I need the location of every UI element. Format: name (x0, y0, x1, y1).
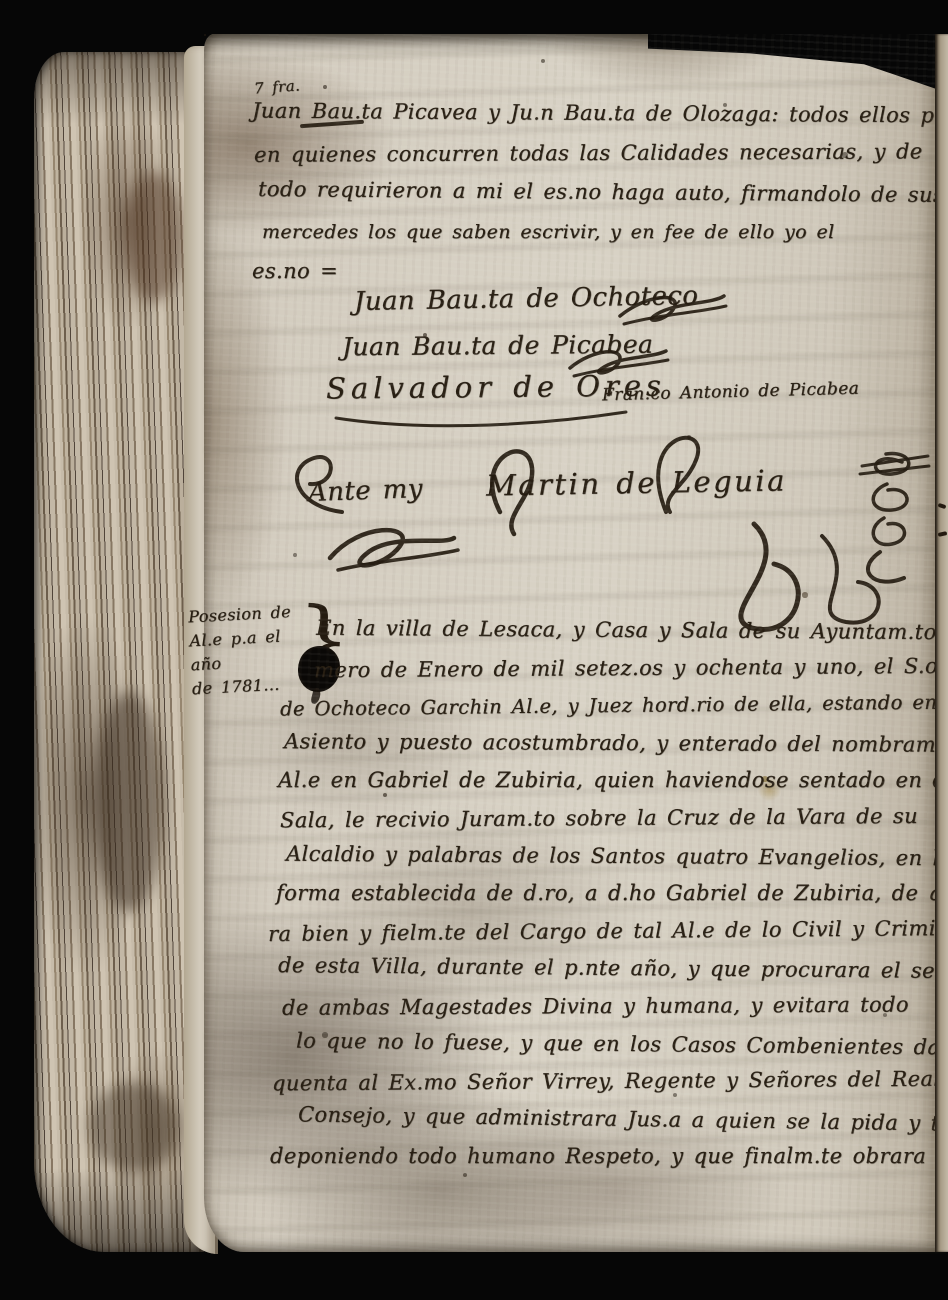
signature-rubric (612, 286, 732, 331)
manuscript-line: Sala, le recivio Juram.to sobre la Cruz … (280, 798, 948, 840)
manuscript-line: Consejo, y que administrara Jus.a a quie… (298, 1096, 948, 1143)
escribano-rubric (832, 446, 942, 596)
manuscript-line: forma establecida de d.ro, a d.ho Gabrie… (276, 875, 948, 913)
manuscript-line: de Ochoteco Garchin Al.e, y Juez hord.ri… (280, 684, 948, 729)
act-paragraph: En la villa de Lesaca, y Casa y Sala de … (270, 612, 948, 1176)
photo-canvas: { "document_title": "Manuscript notarial… (0, 0, 948, 1300)
book-page-stack-edge (34, 52, 204, 1252)
manuscript-line: Asiento y puesto acostumbrado, y enterad… (284, 723, 948, 764)
stack-stain (89, 1082, 179, 1172)
manuscript-line: Alcaldio y palabras de los Santos quatro… (286, 835, 948, 877)
ante-mi-label: Ante my (308, 474, 424, 508)
manuscript-line: Al.e en Gabriel de Zubiria, quien havien… (278, 762, 948, 800)
manuscript-line: lo que no lo fuese, y que en los Casos C… (296, 1022, 948, 1067)
manuscript-line: deponiendo todo humano Respeto, y que fi… (270, 1138, 948, 1176)
manuscript-line: ra bien y fielm.te del Cargo de tal Al.e… (268, 910, 948, 954)
manuscript-line: Juan Bau.ta Picavea y Ju.n Bau.ta de Olo… (252, 92, 948, 136)
ink-mark (938, 503, 947, 509)
next-leaf-edge (935, 34, 948, 1252)
photo-corner-shadow (648, 33, 948, 93)
ink-specks (204, 34, 206, 36)
manuscript-line: de esta Villa, durante el p.nte año, y q… (278, 947, 948, 991)
manuscript-line: todo requirieron a mi el es.no haga auto… (258, 170, 948, 216)
ante-rubric (320, 516, 465, 586)
manuscript-line: mero de Enero de mil setez.os y ochenta … (314, 647, 948, 689)
stack-stain (124, 172, 184, 302)
manuscript-page: 7 fra. Juan Bau.ta Picavea y Ju.n Bau.ta… (204, 34, 948, 1252)
closing-paragraph: Juan Bau.ta Picavea y Ju.n Bau.ta de Olo… (252, 94, 948, 292)
manuscript-line: En la villa de Lesaca, y Casa y Sala de … (316, 610, 948, 652)
manuscript-line: mercedes los que saben escrivir, y en fe… (262, 213, 948, 253)
ink-mark (938, 531, 948, 537)
manuscript-line: en quienes concurren todas las Calidades… (254, 132, 948, 175)
stack-stain (94, 692, 164, 912)
manuscript-line: de ambas Magestades Divina y humana, y e… (282, 986, 948, 1027)
